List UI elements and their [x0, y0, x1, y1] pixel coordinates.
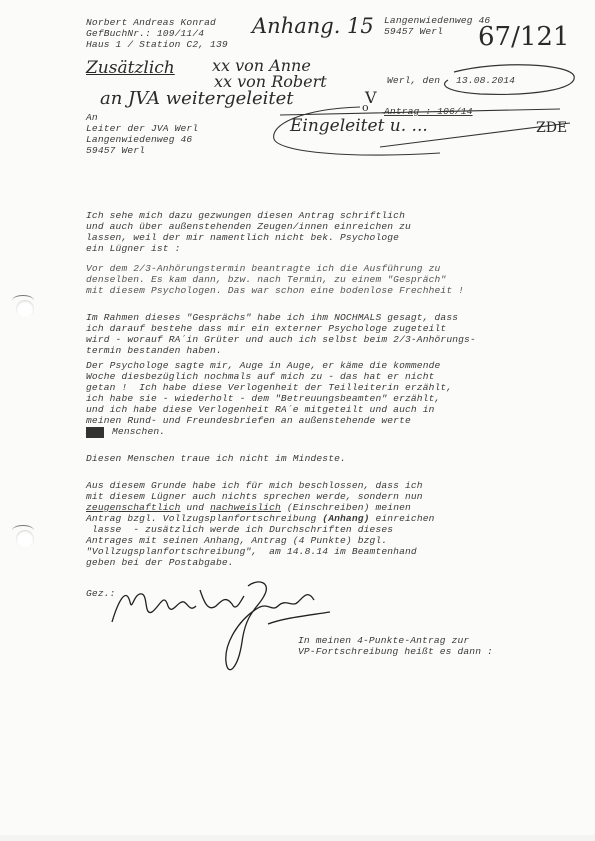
- recipient-prefix: An: [86, 113, 98, 124]
- p1-line: lassen, weil der mir namentlich nicht be…: [86, 233, 399, 244]
- p3-line: Im Rahmen dieses "Gesprächs" habe ich ih…: [86, 313, 458, 324]
- p2-line: Vor dem 2/3-Anhörungstermin beantragte i…: [86, 264, 440, 275]
- underlined-witnessed: zeugenschaftlich: [86, 502, 181, 513]
- handwritten-attachment-label: Anhang. 15: [252, 14, 374, 38]
- p5-line-4: Antrag bzgl. Vollzugsplanfortschreibung …: [86, 514, 435, 525]
- p2-line: denselben. Es kam dann, bzw. nach Termin…: [86, 275, 446, 286]
- p3-line: termin bestanden haben.: [86, 346, 222, 357]
- p1-line: ein Lügner ist :: [86, 244, 181, 255]
- p1-line: Ich sehe mich dazu gezwungen diesen Antr…: [86, 211, 405, 222]
- p2-line: mit diesem Psychologen. Das war schon ei…: [86, 286, 464, 297]
- footer-note-line: VP-Fortschreibung heißt es dann :: [298, 647, 493, 658]
- sender-city: 59457 Werl: [384, 27, 443, 38]
- sender-gef-buch-nr: GefBuchNr.: 109/11/4: [86, 29, 204, 40]
- p5-line: mit diesem Lügner auch nichts sprechen w…: [86, 492, 423, 503]
- p3-line: getan ! Ich habe diese Verlogenheit der …: [86, 383, 452, 394]
- p3-line: Menschen.: [112, 427, 165, 438]
- handwritten-received-note: Eingeleitet u. ...: [290, 116, 428, 136]
- p5-line: geben bei der Postabgabe.: [86, 558, 234, 569]
- document-page: Norbert Andreas Konrad GefBuchNr.: 109/1…: [0, 0, 595, 835]
- handwritten-page-number: 67/121: [478, 22, 569, 52]
- recipient-line-2: Langenwiedenweg 46: [86, 135, 192, 146]
- signature: [108, 572, 338, 682]
- underlined-verifiable: nachweislich: [210, 502, 281, 513]
- p3-line: ich darauf bestehe dass mir ein externer…: [86, 324, 446, 335]
- p5-text: einreichen: [370, 513, 435, 524]
- punch-hole-bottom: [16, 530, 34, 548]
- sender-street: Langenwiedenweg 46: [384, 16, 490, 27]
- p5-line: lasse - zusätzlich werde ich Durchschrif…: [86, 525, 393, 536]
- p5-text: (Einschreiben) meinen: [281, 502, 411, 513]
- punch-hole-top: [16, 300, 34, 318]
- attachment-bold: (Anhang): [322, 513, 369, 524]
- redacted-word: XXX: [86, 427, 104, 438]
- sender-name: Norbert Andreas Konrad: [86, 18, 216, 29]
- p3-line: und ich habe diese Verlogenheit RA´e mit…: [86, 405, 435, 416]
- sender-location: Haus 1 / Station C2, 139: [86, 40, 228, 51]
- p5-line: Antrages mit seinen Anhang, Antrag (4 Pu…: [86, 536, 387, 547]
- p5-text: und: [181, 502, 211, 513]
- p5-text: Antrag bzgl. Vollzugsplanfortschreibung: [86, 513, 322, 524]
- p3-line: Woche diesbezüglich nochmals auf mich zu…: [86, 372, 435, 383]
- place-date-prefix: Werl, den: [387, 76, 440, 87]
- p5-line-3: zeugenschaftlich und nachweislich (Einsc…: [86, 503, 411, 514]
- paragraph-4: Diesen Menschen traue ich nicht im Minde…: [86, 454, 346, 465]
- p3-line: meinen Rund- und Freundesbriefen an auße…: [86, 416, 411, 427]
- footer-note-line: In meinen 4-Punkte-Antrag zur: [298, 636, 469, 647]
- p5-line: Aus diesem Grunde habe ich für mich besc…: [86, 481, 423, 492]
- p1-line: und auch über außenstehenden Zeugen/inne…: [86, 222, 411, 233]
- p3-line: Der Psychologe sagte mir, Auge in Auge, …: [86, 361, 440, 372]
- recipient-line-1: Leiter der JVA Werl: [86, 124, 198, 135]
- handwritten-initials: ZDE: [536, 120, 567, 136]
- p3-line: ich habe sie - wiederholt - dem "Betreuu…: [86, 394, 440, 405]
- handwritten-note-additionally: Zusätzlich: [86, 58, 175, 78]
- p5-line: "Vollzugsplanfortschreibung", am 14.8.14…: [86, 547, 417, 558]
- p3-line: wird - worauf RA´in Grüter und auch ich …: [86, 335, 476, 346]
- recipient-line-3: 59457 Werl: [86, 146, 145, 157]
